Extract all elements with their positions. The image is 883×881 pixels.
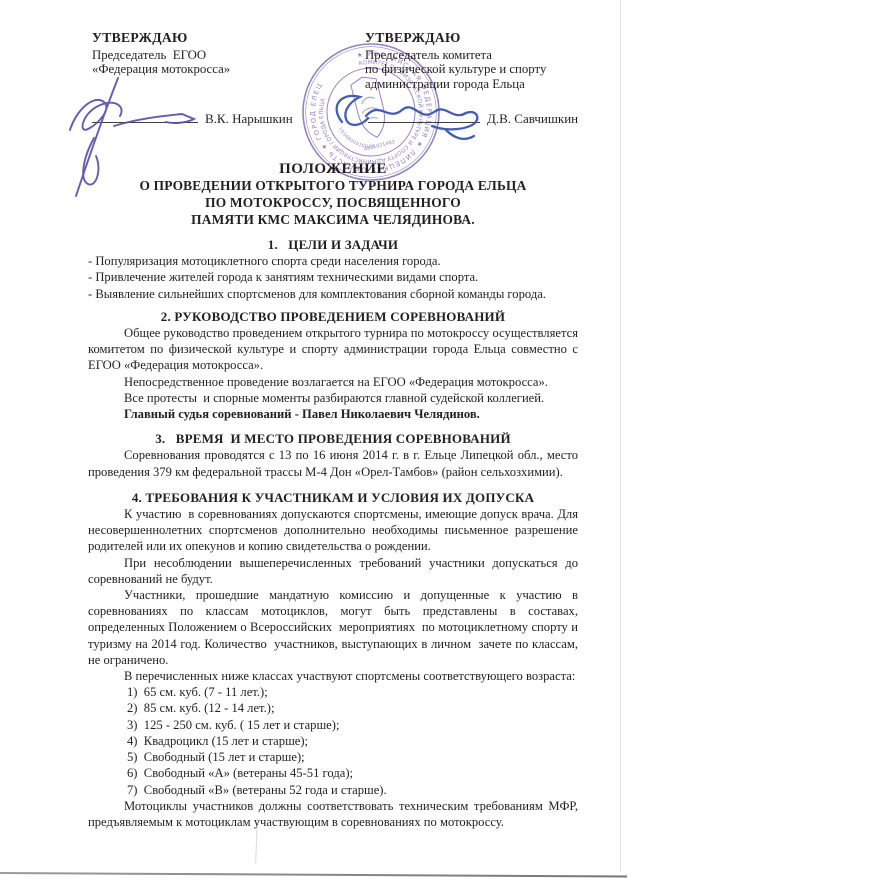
approve-label-left: УТВЕРЖДАЮ	[92, 31, 322, 46]
paragraph: Общее руководство проведением открытого …	[88, 325, 578, 374]
page-edge-line	[620, 0, 621, 872]
class-list-item: 1) 65 см. куб. (7 - 11 лет.);	[88, 684, 578, 700]
class-list-item: 6) Свободный «А» (ветераны 45-51 года);	[88, 765, 578, 781]
document-body: 1. ЦЕЛИ И ЗАДАЧИ - Популяризация мотоцик…	[88, 237, 578, 830]
signature-right-icon	[318, 88, 498, 160]
section-1-heading: 1. ЦЕЛИ И ЗАДАЧИ	[88, 237, 578, 253]
class-list-item: 4) Квадроцикл (15 лет и старше);	[88, 733, 578, 749]
paragraph: Мотоциклы участников должны соответствов…	[88, 798, 578, 830]
scan-bottom-edge	[0, 872, 627, 878]
section-4-heading: 4. ТРЕБОВАНИЯ К УЧАСТНИКАМ И УСЛОВИЯ ИХ …	[88, 490, 578, 506]
signatory-name-right: Д.В. Савчишкин	[487, 111, 578, 126]
paragraph: Непосредственное проведение возлагается …	[88, 374, 578, 390]
class-list-item: 7) Свободный «В» (ветераны 52 года и ста…	[88, 782, 578, 798]
paragraph: Все протесты и спорные моменты разбирают…	[88, 390, 578, 406]
goal-item: - Выявление сильнейших спортсменов для к…	[88, 286, 578, 302]
class-list-intro: В перечисленных ниже классах участвуют с…	[88, 668, 578, 684]
goal-item: - Привлечение жителей города к занятиям …	[88, 269, 578, 285]
title-line: ПАМЯТИ КМС МАКСИМА ЧЕЛЯДИНОВА.	[88, 212, 578, 229]
class-list-item: 5) Свободный (15 лет и старше);	[88, 749, 578, 765]
section-2-heading: 2. РУКОВОДСТВО ПРОВЕДЕНИЕМ СОРЕВНОВАНИЙ	[88, 309, 578, 325]
class-list-item: 3) 125 - 250 см. куб. ( 15 лет и старше)…	[88, 717, 578, 733]
paragraph: При несоблюдении вышеперечисленных требо…	[88, 555, 578, 587]
paragraph: Соревнования проводятся с 13 по 16 июня …	[88, 447, 578, 479]
paragraph: Участники, прошедшие мандатную комиссию …	[88, 587, 578, 668]
chief-judge-line: Главный судья соревнований - Павел Никол…	[88, 406, 578, 422]
paragraph: К участию в соревнованиях допускаются сп…	[88, 506, 578, 555]
section-3-heading: 3. ВРЕМЯ И МЕСТО ПРОВЕДЕНИЯ СОРЕВНОВАНИЙ	[88, 431, 578, 447]
scanned-document-page: УТВЕРЖДАЮ Председатель ЕГОО «Федерация м…	[0, 0, 883, 881]
class-list-item: 2) 85 см. куб. (12 - 14 лет.);	[88, 700, 578, 716]
goal-item: - Популяризация мотоциклетного спорта ср…	[88, 253, 578, 269]
signature-left-icon	[58, 72, 228, 202]
